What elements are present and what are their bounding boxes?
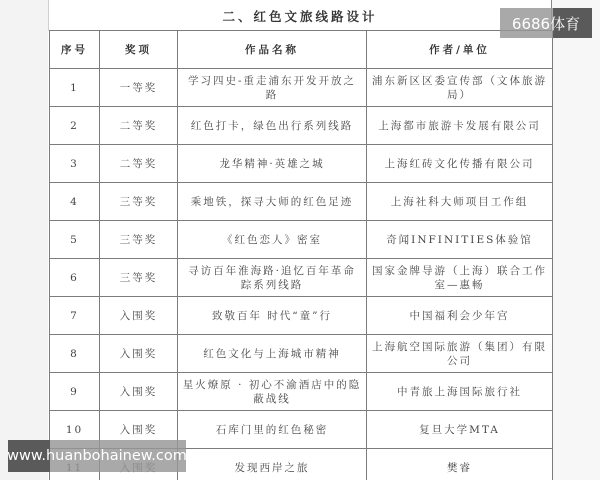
cell-author: 中国福利会少年宫 [367, 297, 553, 335]
cell-work-title: 发现西岸之旅 [178, 449, 367, 480]
header-award: 奖项 [100, 31, 178, 69]
cell-award: 二等奖 [100, 145, 178, 183]
cell-author: 上海航空国际旅游（集团）有限公司 [367, 335, 553, 373]
section-title: 二、红色文旅线路设计 [49, 0, 551, 31]
cell-award: 入围奖 [100, 335, 178, 373]
cell-author: 上海都市旅游卡发展有限公司 [367, 107, 553, 145]
table-row: 7 入围奖 致敬百年 时代“童”行 中国福利会少年宫 [50, 297, 553, 335]
cell-work-title: 致敬百年 时代“童”行 [178, 297, 367, 335]
cell-author: 上海红砖文化传播有限公司 [367, 145, 553, 183]
cell-award: 三等奖 [100, 183, 178, 221]
cell-work-title: 寻访百年淮海路·追忆百年革命踪系列线路 [178, 259, 367, 297]
cell-work-title: 星火燎原 · 初心不渝酒店中的隐蔽战线 [178, 373, 367, 411]
cell-work-title: 红色文化与上海城市精神 [178, 335, 367, 373]
table-row: 6 三等奖 寻访百年淮海路·追忆百年革命踪系列线路 国家金牌导游（上海）联合工作… [50, 259, 553, 297]
cell-award: 入围奖 [100, 373, 178, 411]
cell-no: 7 [50, 297, 100, 335]
cell-work-title: 《红色恋人》密室 [178, 221, 367, 259]
cell-no: 9 [50, 373, 100, 411]
cell-author: 国家金牌导游（上海）联合工作室—惠畅 [367, 259, 553, 297]
table-row: 5 三等奖 《红色恋人》密室 奇闻INFINITIES体验馆 [50, 221, 553, 259]
cell-author: 中青旅上海国际旅行社 [367, 373, 553, 411]
cell-award: 三等奖 [100, 259, 178, 297]
table-row: 2 二等奖 红色打卡，绿色出行系列线路 上海都市旅游卡发展有限公司 [50, 107, 553, 145]
cell-no: 6 [50, 259, 100, 297]
document-page: 二、红色文旅线路设计 序号 奖项 作品名称 作者/单位 1 一等奖 学习四史-重… [0, 0, 600, 480]
cell-author: 樊睿 [367, 449, 553, 480]
right-margin [552, 0, 600, 480]
cell-no: 2 [50, 107, 100, 145]
watermark-top-right: 6686体育 [500, 8, 592, 38]
cell-award: 一等奖 [100, 69, 178, 107]
watermark-bottom-left: www.huanbohainew.com [8, 440, 186, 472]
header-work-title: 作品名称 [178, 31, 367, 69]
cell-author: 浦东新区区委宣传部（文体旅游局） [367, 69, 553, 107]
cell-author: 复旦大学MTA [367, 411, 553, 449]
cell-award: 三等奖 [100, 221, 178, 259]
cell-author: 上海社科大师项目工作组 [367, 183, 553, 221]
cell-no: 3 [50, 145, 100, 183]
table-row: 3 二等奖 龙华精神·英雄之城 上海红砖文化传播有限公司 [50, 145, 553, 183]
cell-no: 1 [50, 69, 100, 107]
table-row: 4 三等奖 乘地铁，探寻大师的红色足迹 上海社科大师项目工作组 [50, 183, 553, 221]
header-no: 序号 [50, 31, 100, 69]
cell-work-title: 学习四史-重走浦东开发开放之路 [178, 69, 367, 107]
awards-table: 序号 奖项 作品名称 作者/单位 1 一等奖 学习四史-重走浦东开发开放之路 浦… [49, 30, 553, 480]
left-margin [0, 0, 48, 480]
table-row: 8 入围奖 红色文化与上海城市精神 上海航空国际旅游（集团）有限公司 [50, 335, 553, 373]
cell-work-title: 乘地铁，探寻大师的红色足迹 [178, 183, 367, 221]
cell-no: 4 [50, 183, 100, 221]
cell-work-title: 石库门里的红色秘密 [178, 411, 367, 449]
cell-award: 二等奖 [100, 107, 178, 145]
table-header-row: 序号 奖项 作品名称 作者/单位 [50, 31, 553, 69]
cell-no: 5 [50, 221, 100, 259]
cell-author: 奇闻INFINITIES体验馆 [367, 221, 553, 259]
cell-no: 8 [50, 335, 100, 373]
table-row: 9 入围奖 星火燎原 · 初心不渝酒店中的隐蔽战线 中青旅上海国际旅行社 [50, 373, 553, 411]
cell-work-title: 红色打卡，绿色出行系列线路 [178, 107, 367, 145]
cell-work-title: 龙华精神·英雄之城 [178, 145, 367, 183]
cell-award: 入围奖 [100, 297, 178, 335]
table-row: 1 一等奖 学习四史-重走浦东开发开放之路 浦东新区区委宣传部（文体旅游局） [50, 69, 553, 107]
